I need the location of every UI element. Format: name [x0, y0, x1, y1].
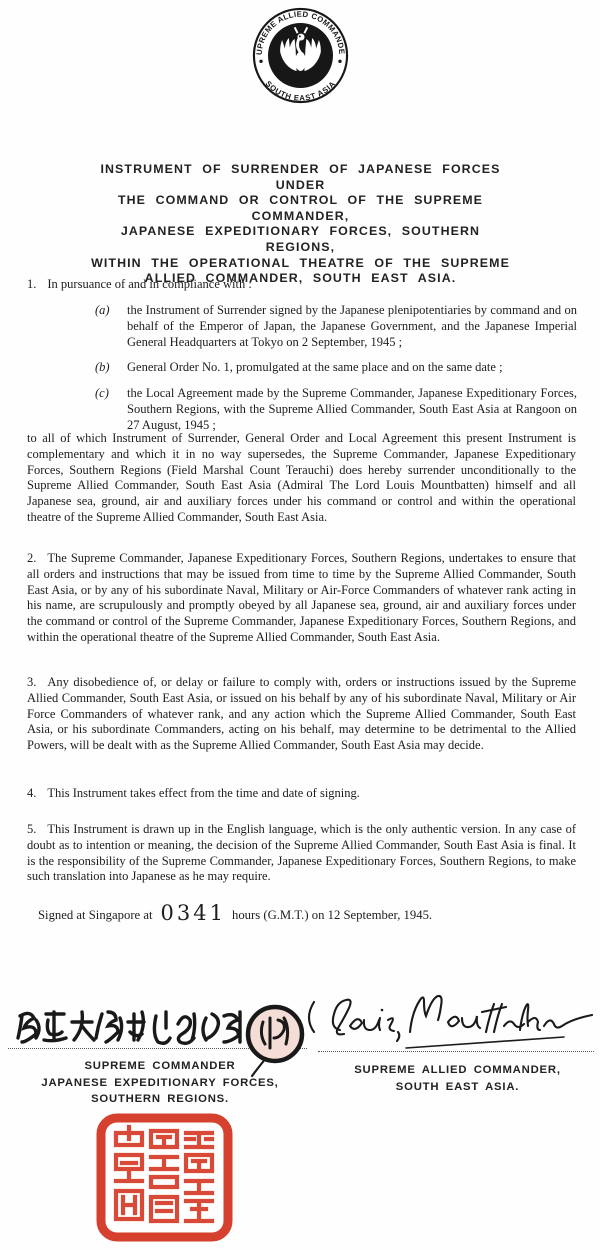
paragraph-4: 4.This Instrument takes effect from the … — [27, 786, 576, 802]
paragraph-number: 4. — [27, 786, 36, 802]
signed-line: Signed at Singapore at0341hours (G.M.T.)… — [38, 899, 578, 928]
arc-separator-dot — [338, 60, 341, 63]
paragraph-number: 3. — [27, 675, 36, 691]
signed-suffix: hours (G.M.T.) on 12 September, 1945. — [232, 908, 432, 922]
paragraph-number: 5. — [27, 822, 36, 838]
left-signature-caption: SUPREME COMMANDER JAPANESE EXPEDITIONARY… — [5, 1058, 315, 1108]
clause-c: (c) the Local Agreement made by the Supr… — [95, 386, 577, 433]
mountbatten-signature — [306, 990, 598, 1054]
caption-line: SOUTH EAST ASIA. — [330, 1079, 585, 1096]
clause-text: the Instrument of Surrender signed by th… — [127, 303, 577, 350]
clause-marker: (c) — [95, 386, 109, 402]
seal-script-characters — [116, 1127, 212, 1221]
right-signature-caption: SUPREME ALLIED COMMANDER, SOUTH EAST ASI… — [330, 1062, 585, 1095]
caption-line: SUPREME COMMANDER — [5, 1058, 315, 1075]
caption-line: JAPANESE EXPEDITIONARY FORCES, — [5, 1075, 315, 1092]
clause-text: the Local Agreement made by the Supreme … — [127, 386, 577, 433]
clause-b: (b) General Order No. 1, promulgated at … — [95, 360, 577, 376]
paragraph-number: 1. — [27, 277, 36, 293]
caption-line: SUPREME ALLIED COMMANDER, — [330, 1062, 585, 1079]
title-line: INSTRUMENT OF SURRENDER OF JAPANESE FORC… — [84, 162, 517, 193]
paragraph-3: 3.Any disobedience of, or delay or failu… — [27, 675, 576, 754]
signed-time-handwritten: 0341 — [161, 901, 226, 925]
caption-line: SOUTHERN REGIONS. — [5, 1091, 315, 1108]
signed-prefix: Signed at Singapore at — [38, 908, 153, 922]
japanese-calligraphy — [18, 1012, 240, 1043]
paragraph-number: 2. — [27, 551, 36, 567]
seac-emblem: SUPREME ALLIED COMMANDER SOUTH EAST ASIA — [252, 7, 349, 104]
paragraph-2: 2.The Supreme Commander, Japanese Expedi… — [27, 551, 576, 646]
paragraph-5: 5.This Instrument is drawn up in the Eng… — [27, 822, 576, 885]
paragraph-text: This Instrument is drawn up in the Engli… — [27, 822, 576, 883]
paragraph-1: 1.In pursuance of and in compliance with… — [27, 277, 576, 293]
paragraph-text: Any disobedience of, or delay or failure… — [27, 675, 576, 752]
title-line: WITHIN THE OPERATIONAL THEATRE OF THE SU… — [84, 256, 517, 272]
paragraph-text: This Instrument takes effect from the ti… — [47, 786, 360, 800]
document-title: INSTRUMENT OF SURRENDER OF JAPANESE FORC… — [84, 162, 517, 287]
clause-text: General Order No. 1, promulgated at the … — [127, 360, 577, 376]
southern-army-red-seal — [96, 1113, 233, 1242]
title-line: THE COMMAND OR CONTROL OF THE SUPREME CO… — [84, 193, 517, 224]
title-line: JAPANESE EXPEDITIONARY FORCES, SOUTHERN … — [84, 224, 517, 255]
paragraph-text: In pursuance of and in compliance with : — [47, 277, 251, 291]
clause-a: (a) the Instrument of Surrender signed b… — [95, 303, 577, 350]
clause-marker: (a) — [95, 303, 110, 319]
surrender-document-page: SUPREME ALLIED COMMANDER SOUTH EAST ASIA… — [0, 0, 600, 1250]
arc-separator-dot — [259, 60, 262, 63]
clause-marker: (b) — [95, 360, 110, 376]
paragraph-text: The Supreme Commander, Japanese Expediti… — [27, 551, 576, 644]
paragraph-1-continuation: to all of which Instrument of Surrender,… — [27, 431, 576, 526]
